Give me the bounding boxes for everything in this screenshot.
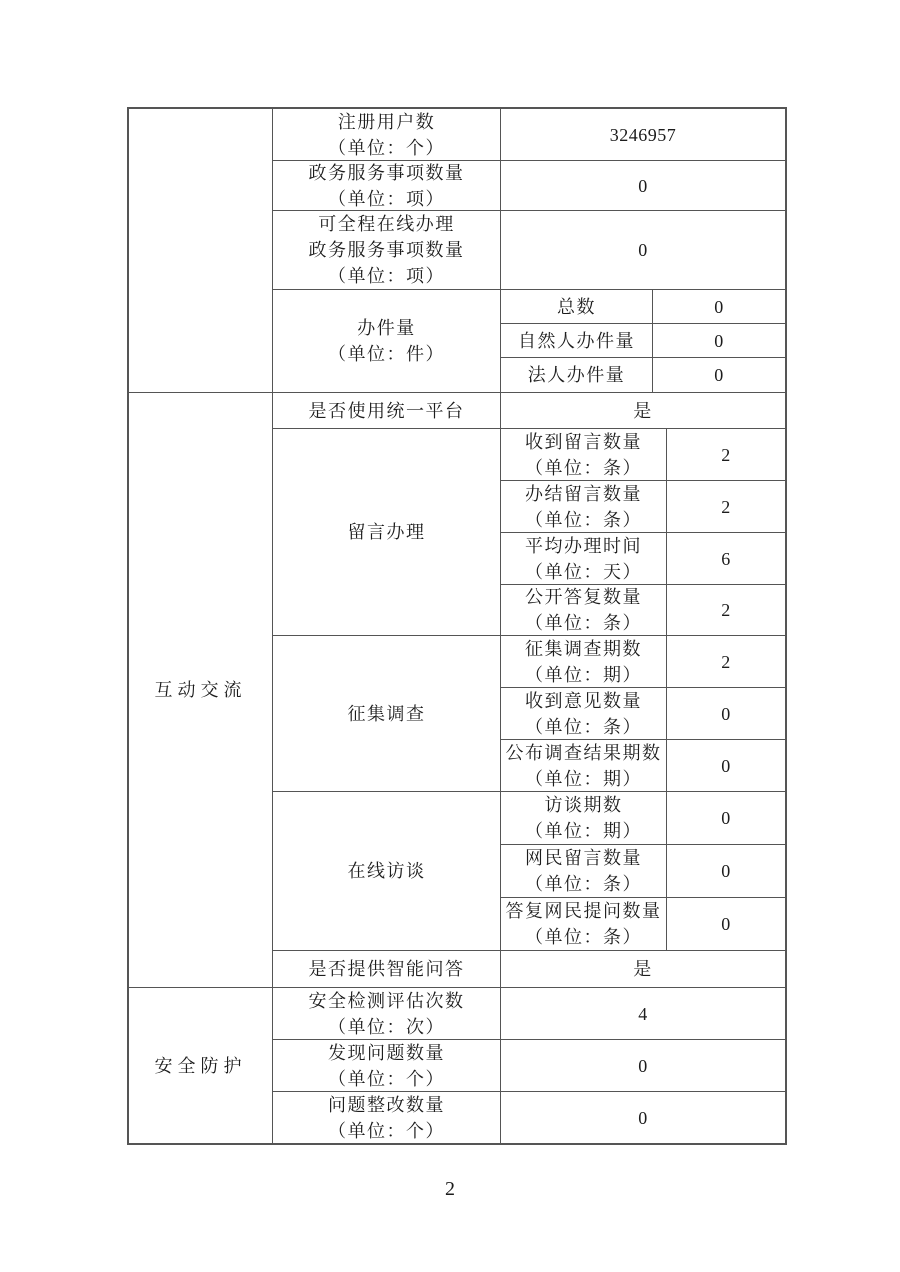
security-assessments-value: 4 xyxy=(638,1001,648,1027)
case-volume-label: 办件量 xyxy=(357,315,416,341)
message-handling-label-cell: 留言办理 xyxy=(273,429,501,636)
netizen-messages-label-cell: 网民留言数量 （单位：条） xyxy=(501,845,667,898)
case-natural-person-label-cell: 自然人办件量 xyxy=(501,324,653,358)
opinions-received-value-cell: 0 xyxy=(667,688,785,740)
opinions-received-value: 0 xyxy=(721,701,731,727)
interview-periods-label: 访谈期数 xyxy=(545,792,623,818)
interview-label-cell: 在线访谈 xyxy=(273,792,501,951)
security-assessments-label: 安全检测评估次数 xyxy=(309,988,465,1014)
service-items-value: 0 xyxy=(638,173,648,199)
case-total-value: 0 xyxy=(714,294,724,320)
document-page: { "table": { "section_a": { "category": … xyxy=(0,0,900,1272)
unified-platform-value: 是 xyxy=(633,398,653,424)
case-total-label-cell: 总数 xyxy=(501,290,653,324)
case-natural-person-value-cell: 0 xyxy=(653,324,785,358)
netizen-replies-value: 0 xyxy=(721,911,731,937)
public-replies-unit: （单位：条） xyxy=(525,610,642,636)
case-natural-person-value: 0 xyxy=(714,328,724,354)
messages-received-label-cell: 收到留言数量 （单位：条） xyxy=(501,429,667,481)
problems-found-label-cell: 发现问题数量 （单位：个） xyxy=(273,1040,501,1092)
messages-completed-label: 办结留言数量 xyxy=(525,481,642,507)
smart-qa-value: 是 xyxy=(633,956,653,982)
problems-found-unit: （单位：个） xyxy=(328,1066,445,1092)
survey-results-value-cell: 0 xyxy=(667,740,785,792)
case-total-label: 总数 xyxy=(557,294,596,320)
messages-completed-value: 2 xyxy=(721,494,731,520)
problems-found-value-cell: 0 xyxy=(501,1040,785,1092)
netizen-messages-unit: （单位：条） xyxy=(525,871,642,897)
online-service-items-value-cell: 0 xyxy=(501,211,785,290)
messages-received-unit: （单位：条） xyxy=(525,455,642,481)
survey-label-cell: 征集调查 xyxy=(273,636,501,792)
netizen-messages-value-cell: 0 xyxy=(667,845,785,898)
messages-completed-value-cell: 2 xyxy=(667,481,785,533)
security-assessments-unit: （单位：次） xyxy=(328,1014,445,1040)
interview-periods-value-cell: 0 xyxy=(667,792,785,845)
problems-rectified-value-cell: 0 xyxy=(501,1092,785,1143)
problems-rectified-label: 问题整改数量 xyxy=(328,1092,445,1118)
avg-handling-time-label: 平均办理时间 xyxy=(525,533,642,559)
online-service-items-label-line2: 政务服务事项数量 xyxy=(309,237,465,263)
avg-handling-time-unit: （单位：天） xyxy=(525,559,642,585)
section-b-category-cell: 互动交流 xyxy=(129,393,273,988)
interview-label: 在线访谈 xyxy=(348,858,426,884)
messages-received-label: 收到留言数量 xyxy=(525,429,642,455)
section-a-category-cell xyxy=(129,109,273,393)
netizen-messages-label: 网民留言数量 xyxy=(525,845,642,871)
service-items-label: 政务服务事项数量 xyxy=(309,161,465,186)
problems-found-label: 发现问题数量 xyxy=(328,1040,445,1066)
interview-periods-label-cell: 访谈期数 （单位：期） xyxy=(501,792,667,845)
online-service-items-unit: （单位：项） xyxy=(328,263,445,289)
survey-results-unit: （单位：期） xyxy=(525,766,642,792)
survey-periods-value: 2 xyxy=(721,649,731,675)
problems-rectified-label-cell: 问题整改数量 （单位：个） xyxy=(273,1092,501,1143)
public-replies-value: 2 xyxy=(721,597,731,623)
registered-users-label-cell: 注册用户数 （单位：个） xyxy=(273,109,501,161)
messages-received-value-cell: 2 xyxy=(667,429,785,481)
page-number: 2 xyxy=(0,1178,900,1201)
netizen-replies-value-cell: 0 xyxy=(667,898,785,951)
case-volume-label-cell: 办件量 （单位：件） xyxy=(273,290,501,393)
messages-completed-label-cell: 办结留言数量 （单位：条） xyxy=(501,481,667,533)
case-natural-person-label: 自然人办件量 xyxy=(518,328,635,354)
case-legal-person-label-cell: 法人办件量 xyxy=(501,358,653,393)
survey-results-label: 公布调查结果期数 xyxy=(506,740,662,766)
service-items-label-cell: 政务服务事项数量 （单位：项） xyxy=(273,161,501,211)
survey-results-label-cell: 公布调查结果期数 （单位：期） xyxy=(501,740,667,792)
netizen-replies-label-cell: 答复网民提问数量 （单位：条） xyxy=(501,898,667,951)
public-replies-label-cell: 公开答复数量 （单位：条） xyxy=(501,585,667,636)
opinions-received-label: 收到意见数量 xyxy=(525,688,642,714)
opinions-received-unit: （单位：条） xyxy=(525,714,642,740)
survey-periods-label-cell: 征集调查期数 （单位：期） xyxy=(501,636,667,688)
case-total-value-cell: 0 xyxy=(653,290,785,324)
registered-users-value-cell: 3246957 xyxy=(501,109,785,161)
section-b-category-label: 互动交流 xyxy=(155,677,247,703)
service-items-unit: （单位：项） xyxy=(328,186,445,212)
unified-platform-label: 是否使用统一平台 xyxy=(309,398,465,424)
survey-periods-label: 征集调查期数 xyxy=(525,636,642,662)
message-handling-label: 留言办理 xyxy=(348,519,426,545)
online-service-items-label-line1: 可全程在线办理 xyxy=(318,211,455,237)
registered-users-label: 注册用户数 xyxy=(338,109,436,135)
report-table: 注册用户数 （单位：个） 3246957 政务服务事项数量 （单位：项） 0 可… xyxy=(127,107,787,1145)
interview-periods-value: 0 xyxy=(721,805,731,831)
survey-label: 征集调查 xyxy=(348,701,426,727)
security-assessments-label-cell: 安全检测评估次数 （单位：次） xyxy=(273,988,501,1040)
avg-handling-time-label-cell: 平均办理时间 （单位：天） xyxy=(501,533,667,585)
avg-handling-time-value: 6 xyxy=(721,546,731,572)
online-service-items-label-cell: 可全程在线办理 政务服务事项数量 （单位：项） xyxy=(273,211,501,290)
opinions-received-label-cell: 收到意见数量 （单位：条） xyxy=(501,688,667,740)
problems-found-value: 0 xyxy=(638,1053,648,1079)
section-c-category-label: 安全防护 xyxy=(155,1053,247,1079)
avg-handling-time-value-cell: 6 xyxy=(667,533,785,585)
netizen-replies-unit: （单位：条） xyxy=(525,924,642,950)
netizen-messages-value: 0 xyxy=(721,858,731,884)
case-legal-person-value: 0 xyxy=(714,362,724,388)
interview-periods-unit: （单位：期） xyxy=(525,818,642,844)
case-volume-unit: （单位：件） xyxy=(328,341,445,367)
messages-completed-unit: （单位：条） xyxy=(525,507,642,533)
public-replies-label: 公开答复数量 xyxy=(525,585,642,610)
unified-platform-label-cell: 是否使用统一平台 xyxy=(273,393,501,429)
registered-users-value: 3246957 xyxy=(610,122,677,148)
messages-received-value: 2 xyxy=(721,442,731,468)
smart-qa-label-cell: 是否提供智能问答 xyxy=(273,951,501,988)
problems-rectified-unit: （单位：个） xyxy=(328,1118,445,1144)
online-service-items-value: 0 xyxy=(638,237,648,263)
survey-periods-unit: （单位：期） xyxy=(525,662,642,688)
case-legal-person-value-cell: 0 xyxy=(653,358,785,393)
smart-qa-value-cell: 是 xyxy=(501,951,785,988)
problems-rectified-value: 0 xyxy=(638,1105,648,1131)
section-c-category-cell: 安全防护 xyxy=(129,988,273,1143)
unified-platform-value-cell: 是 xyxy=(501,393,785,429)
registered-users-unit: （单位：个） xyxy=(328,135,445,161)
case-legal-person-label: 法人办件量 xyxy=(528,362,626,388)
security-assessments-value-cell: 4 xyxy=(501,988,785,1040)
survey-results-value: 0 xyxy=(721,753,731,779)
public-replies-value-cell: 2 xyxy=(667,585,785,636)
netizen-replies-label: 答复网民提问数量 xyxy=(506,898,662,924)
survey-periods-value-cell: 2 xyxy=(667,636,785,688)
smart-qa-label: 是否提供智能问答 xyxy=(309,956,465,982)
service-items-value-cell: 0 xyxy=(501,161,785,211)
